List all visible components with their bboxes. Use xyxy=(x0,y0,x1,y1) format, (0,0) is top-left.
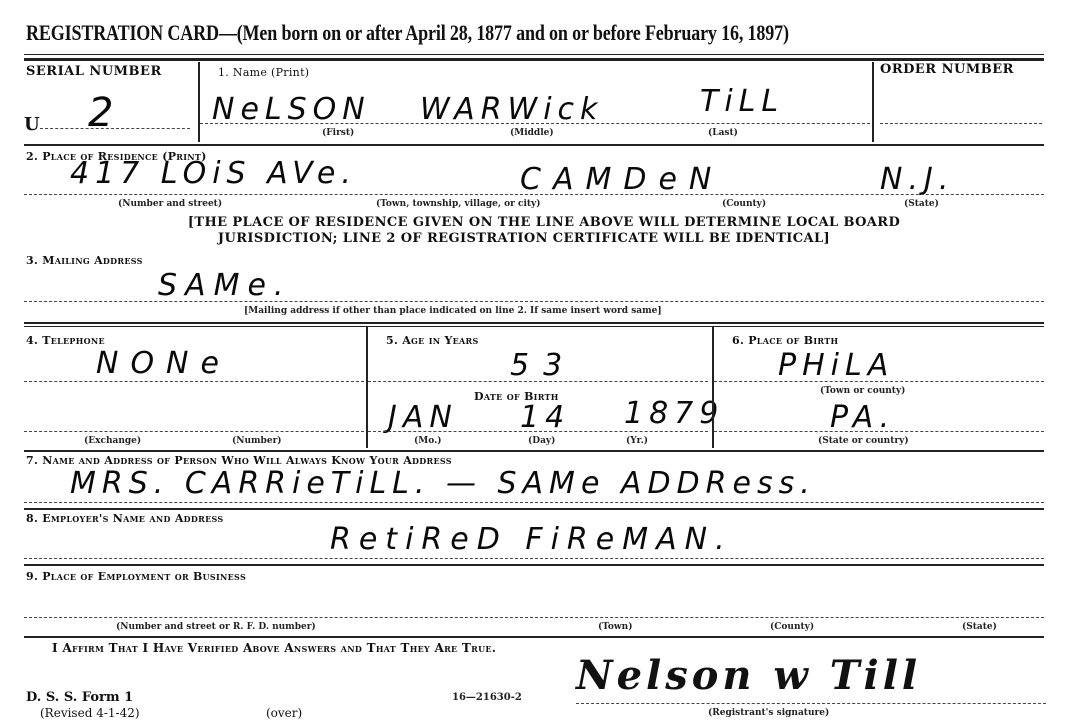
residence-town-sub: (Town, township, village, or city) xyxy=(376,199,541,209)
serial-number-value: 2 xyxy=(88,90,119,136)
signature-sub: (Registrant's signature) xyxy=(708,708,829,718)
telephone-label: 4. Telephone xyxy=(26,334,105,347)
employment-town-sub: (Town) xyxy=(598,622,632,632)
mailing-address-sub: [Mailing address if other than place ind… xyxy=(244,306,662,316)
residence-line xyxy=(24,194,1044,195)
name-middle-sub: (Middle) xyxy=(510,128,554,138)
birthplace-town-sub: (Town or county) xyxy=(820,386,905,396)
birthplace-town-value: PHiLA xyxy=(778,348,894,383)
employment-label: 9. Place of Employment or Business xyxy=(26,570,246,583)
residence-street-value: 417 LOiS AVe. xyxy=(70,156,357,191)
divider xyxy=(24,636,1044,638)
telephone-exchange-sub: (Exchange) xyxy=(84,436,141,446)
order-number-label: ORDER NUMBER xyxy=(880,62,1014,77)
name-label: 1. Name (Print) xyxy=(218,66,309,79)
employment-line xyxy=(24,617,1044,618)
employment-street-sub: (Number and street or R. F. D. number) xyxy=(116,622,316,632)
mailing-address-label: 3. Mailing Address xyxy=(26,254,143,267)
print-code: 16—21630-2 xyxy=(452,692,522,703)
divider xyxy=(24,58,1044,61)
divider xyxy=(198,62,200,142)
dob-day-sub: (Day) xyxy=(528,436,555,446)
divider xyxy=(24,564,1044,566)
birthplace-state-value: PA. xyxy=(830,400,895,435)
dob-day-value: 14 xyxy=(520,400,570,435)
employer-value: RetiReD FiReMAN. xyxy=(330,522,733,557)
serial-prefix: U xyxy=(24,114,40,135)
birthplace-label: 6. Place of Birth xyxy=(732,334,838,347)
dob-month-value: JAN xyxy=(388,400,458,435)
divider xyxy=(24,322,1044,324)
employment-county-sub: (County) xyxy=(770,622,814,632)
signature-line xyxy=(576,703,1046,704)
residence-state-sub: (State) xyxy=(904,199,939,209)
residence-state-value: N.J. xyxy=(880,162,954,197)
order-number-line xyxy=(880,123,1042,124)
residence-notice-line1: [THE PLACE OF RESIDENCE GIVEN ON THE LIN… xyxy=(24,215,1064,231)
form-number: D. S. S. Form 1 xyxy=(26,690,133,705)
name-middle-value: WARWick xyxy=(420,92,603,127)
divider xyxy=(24,450,1044,452)
affirm-text: I Affirm That I Have Verified Above Answ… xyxy=(52,641,496,655)
dob-year-value: 1879 xyxy=(624,396,724,431)
residence-county-sub: (County) xyxy=(722,199,766,209)
employer-label: 8. Employer's Name and Address xyxy=(26,512,223,525)
divider xyxy=(24,144,1044,146)
contact-line xyxy=(24,502,1044,503)
name-last-value: TiLL xyxy=(700,84,784,119)
age-line xyxy=(368,381,708,382)
form-revised: (Revised 4-1-42) xyxy=(40,706,140,720)
divider xyxy=(24,326,1044,327)
divider xyxy=(24,508,1044,510)
name-last-sub: (Last) xyxy=(708,128,738,138)
name-first-sub: (First) xyxy=(322,128,354,138)
divider xyxy=(24,54,1044,55)
dob-year-sub: (Yr.) xyxy=(626,436,648,446)
telephone-number-line xyxy=(24,431,364,432)
employment-state-sub: (State) xyxy=(962,622,997,632)
divider xyxy=(872,62,874,142)
telephone-line xyxy=(24,381,364,382)
name-first-value: NeLSON xyxy=(212,92,371,127)
name-line xyxy=(200,123,870,124)
telephone-value: NONe xyxy=(96,346,231,381)
dob-month-sub: (Mo.) xyxy=(414,436,441,446)
age-value: 53 xyxy=(510,348,576,383)
age-label: 5. Age in Years xyxy=(386,334,479,347)
registrant-signature: Nelson w Till xyxy=(576,652,921,699)
mailing-line xyxy=(24,301,1044,302)
residence-notice-line2: JURISDICTION; LINE 2 OF REGISTRATION CER… xyxy=(24,231,1024,247)
birthplace-town-line xyxy=(714,381,1044,382)
divider xyxy=(712,326,714,448)
birthplace-state-line xyxy=(714,431,1044,432)
residence-street-sub: (Number and street) xyxy=(118,199,222,209)
divider xyxy=(366,326,368,448)
telephone-number-sub: (Number) xyxy=(232,436,282,446)
dob-line xyxy=(368,431,708,432)
serial-number-label: SERIAL NUMBER xyxy=(26,64,162,79)
contact-value: MRS. CARRieTiLL. — SAMe ADDRess. xyxy=(70,466,816,501)
over-note: (over) xyxy=(266,706,302,720)
residence-town-value: CAMDeN xyxy=(520,162,723,197)
birthplace-state-sub: (State or country) xyxy=(818,436,909,446)
card-title: REGISTRATION CARD—(Men born on or after … xyxy=(26,20,789,46)
employer-line xyxy=(24,558,1044,559)
mailing-address-value: SAMe. xyxy=(158,268,291,303)
